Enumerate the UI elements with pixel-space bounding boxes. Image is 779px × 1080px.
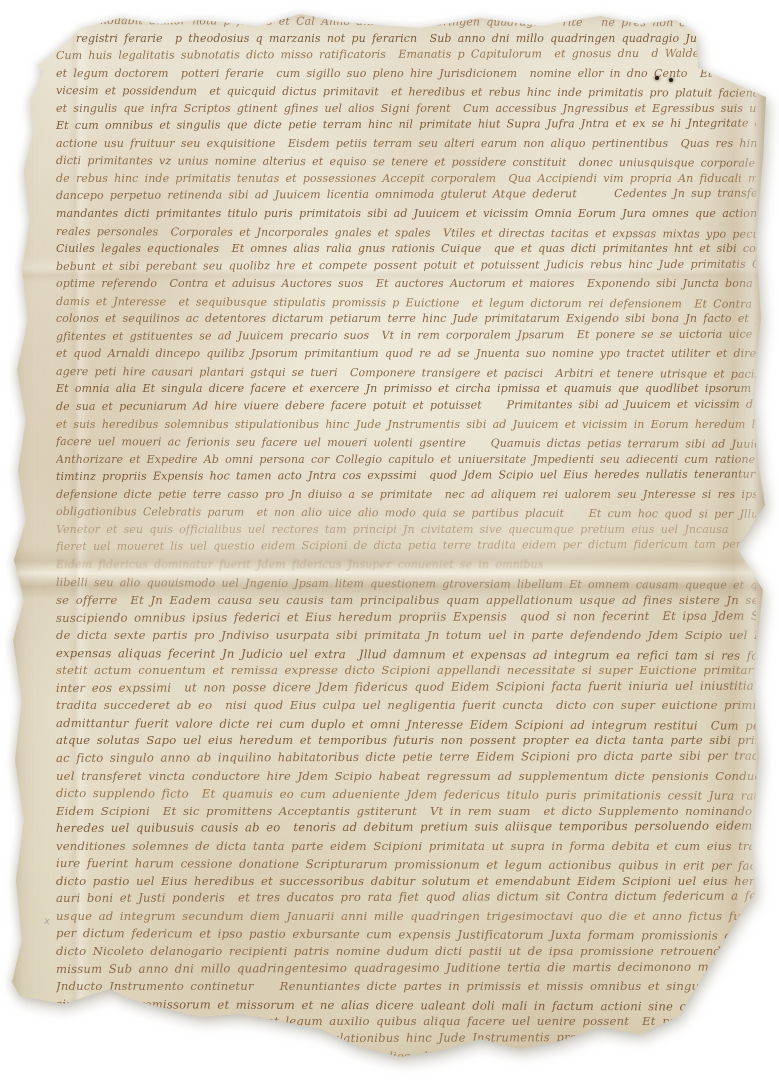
manuscript-line: de sua et pecuniarum Ad hire viuere debe… — [56, 398, 756, 418]
manuscript-line: suscipiendo omnibus ipsius federici et E… — [56, 608, 756, 628]
manuscript-line: dicti primitantes vz unius nomine alteri… — [56, 154, 756, 174]
wormhole-icon — [655, 76, 659, 80]
manuscript-line: facere uel moueri ac ferionis seu facere… — [56, 435, 756, 455]
manuscript-line: missum Sub anno dni millo quadringentesi… — [56, 959, 756, 979]
manuscript-line: et quod Arnaldi dincepo quilibz Jpsorum … — [56, 347, 756, 365]
manuscript-line: singulorum promissorum et missorum et ne… — [56, 997, 756, 1017]
manuscript-line: per dictum federicum et ipso pastio exbu… — [56, 926, 756, 946]
manuscript-line: sibi ad Juuicem et vicissim solemnibus s… — [56, 1029, 756, 1049]
manuscript-line: ac ficto singulo anno ab inquilino habit… — [56, 749, 756, 769]
parchment-shadow-wrap: nouabit dnikor nota p fraues et Cal Anno… — [0, 0, 779, 1080]
manuscript-line: heredes uel quibusuis causis ab eo tenor… — [56, 819, 756, 839]
wormhole-icon — [669, 78, 673, 82]
manuscript-line: mandantes dicti primitantes titulo puris… — [56, 207, 756, 225]
manuscript-line: de dicta sexte partis pro Jndiviso usurp… — [56, 628, 756, 646]
manuscript-line: optime referendo Contra et aduisus Aucto… — [56, 277, 756, 295]
manuscript-line: bebunt et sibi perebant seu quolibz hre … — [56, 257, 756, 277]
manuscript-line: fieret uel moueret lis uel questio eidem… — [56, 538, 756, 558]
manuscript-line: dicto supplendo ficto Et quamuis eo cum … — [56, 786, 756, 806]
manuscript-line: gfitentes et gstituentes se ad Juuicem p… — [56, 327, 756, 347]
manuscript-line: reales personales Corporales et Jncorpor… — [56, 225, 756, 245]
photo-background: nouabit dnikor nota p fraues et Cal Anno… — [0, 0, 779, 1080]
manuscript-line: agere peti hire causari plantari gstqui … — [56, 365, 756, 385]
manuscript-line: admittantur fuerit valore dicte rei cum … — [56, 716, 756, 736]
manuscript-line: defensione dicte petie terre casso pro J… — [56, 488, 756, 506]
manuscript-text: nouabit dnikor nota p fraues et Cal Anno… — [56, 14, 756, 1070]
manuscript-line: vicesim et possidendum et quicquid dictu… — [56, 84, 756, 104]
manuscript-line: timtinz propriis Expensis hoc tamen acto… — [56, 468, 756, 488]
manuscript-line: dicto Nicoleto delanogario recipienti pa… — [56, 944, 756, 962]
manuscript-line: libelli seu alio quouismodo uel Jngenio … — [56, 576, 756, 596]
manuscript-line: rationum danorum omnium et exprimare Jn … — [56, 1067, 756, 1070]
manuscript-line: Et cum omnibus et singulis que dicte pet… — [56, 117, 756, 137]
manuscript-line: tradita succederet ab eo nisi quod Eius … — [56, 698, 756, 716]
pencil-mark: x — [43, 916, 50, 928]
manuscript-line: mullomodo contra facere uel uenire per s… — [56, 1049, 756, 1067]
manuscript-line: actione usu fruituur seu exquisitione Ei… — [56, 137, 756, 155]
manuscript-line: venditiones solemnes de dicta tanta part… — [56, 839, 756, 857]
manuscript-line: uel transferet vincta conductore hire Jd… — [56, 769, 756, 787]
manuscript-line: Cum huis legalitatis subnotatis dicto mi… — [56, 47, 756, 67]
manuscript-line: auri boni et Justi ponderis et tres duca… — [56, 889, 756, 909]
manuscript-line: damis et Jnteresse et sequibusque stipul… — [56, 295, 756, 315]
manuscript-line: Jnducto Jnstrumento continetur Renuntian… — [56, 979, 756, 997]
manuscript-line: nouabit dnikor nota p fraues et Cal Anno… — [100, 14, 756, 34]
manuscript-line: et suis heredibus solemnibus stipulation… — [56, 418, 756, 436]
manuscript-line: et legum doctorem potteri ferarie cum si… — [56, 67, 756, 85]
manuscript-line: expensas aliquas fecerint Jn Judicio uel… — [56, 646, 756, 666]
manuscript-line: usque ad integrum secundum diem Januarii… — [56, 909, 756, 927]
manuscript-line: Eidem fidericus dominatur fuerit Jdem fi… — [56, 558, 756, 576]
manuscript-line: iure fuerint harum cessione donatione Sc… — [56, 856, 756, 876]
parchment-sheet: nouabit dnikor nota p fraues et Cal Anno… — [10, 8, 772, 1070]
manuscript-line: dancepo perpetuo retinenda sibi ad Juuic… — [56, 187, 756, 207]
manuscript-line: inter eos expssimi ut non posse dicere J… — [56, 678, 756, 698]
